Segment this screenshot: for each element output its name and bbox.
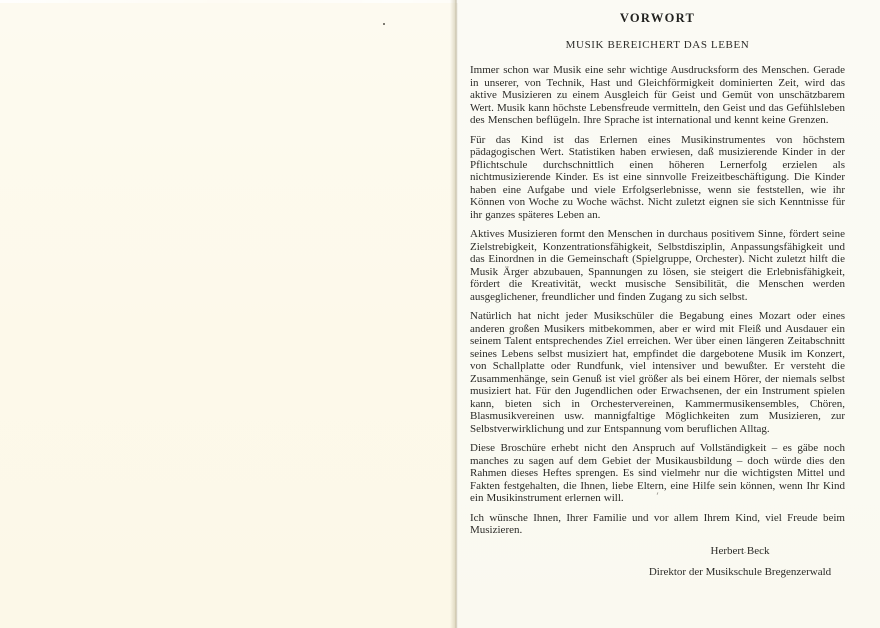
preface-paragraph-5: Diese Broschüre erhebt nicht den Anspruc… xyxy=(470,442,845,505)
scan-speck xyxy=(744,552,746,553)
signature-block: Herbert Beck Direktor der Musikschule Br… xyxy=(635,545,845,579)
signature-role: Direktor der Musikschule Bregenzerwald xyxy=(635,566,845,579)
signature-name: Herbert Beck xyxy=(635,545,845,558)
page-title: VORWORT xyxy=(470,11,845,26)
preface-paragraph-2: Für das Kind ist das Erlernen eines Musi… xyxy=(470,134,845,222)
scanned-book-spread: VORWORT MUSIK BEREICHERT DAS LEBEN Immer… xyxy=(0,0,880,628)
scan-speck xyxy=(383,23,385,25)
preface-paragraph-3: Aktives Musizieren formt den Menschen in… xyxy=(470,228,845,303)
preface-paragraph-6: Ich wünsche Ihnen, Ihrer Familie und vor… xyxy=(470,512,845,537)
preface-paragraph-4: Natürlich hat nicht jeder Musikschüler d… xyxy=(470,310,845,435)
left-blank-page xyxy=(0,0,456,628)
preface-paragraph-1: Immer schon war Musik eine sehr wichtige… xyxy=(470,64,845,127)
preface-body: Immer schon war Musik eine sehr wichtige… xyxy=(470,64,845,537)
preface-page: VORWORT MUSIK BEREICHERT DAS LEBEN Immer… xyxy=(458,0,880,628)
page-subtitle: MUSIK BEREICHERT DAS LEBEN xyxy=(470,39,845,51)
